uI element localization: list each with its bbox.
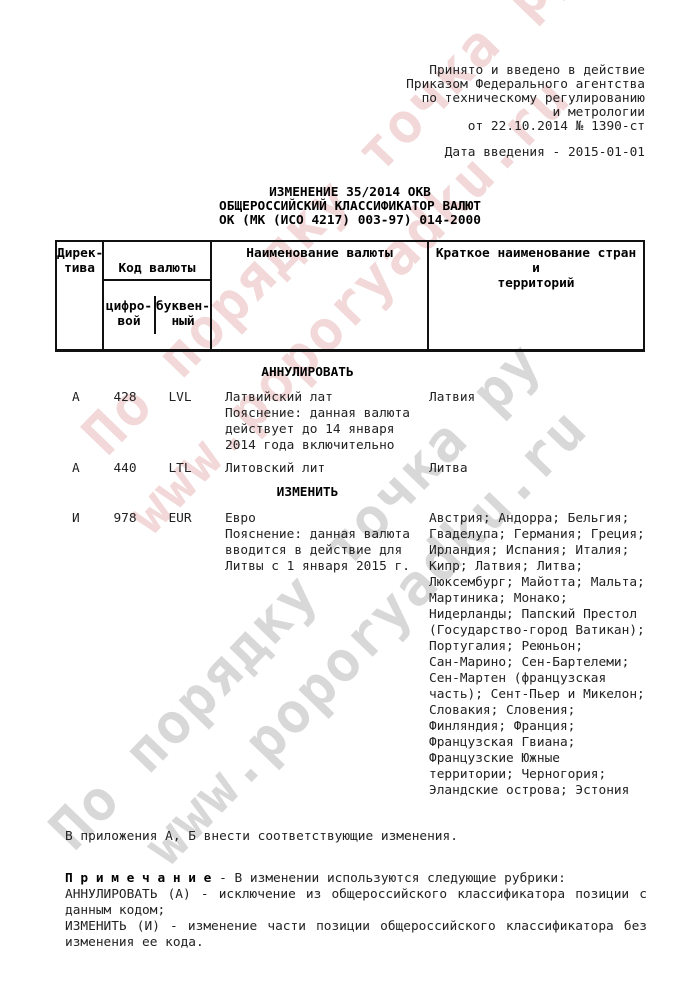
table-body: АННУЛИРОВАТЬ А 428 LVL Латвийский лат По… — [55, 365, 645, 799]
cell-currency-name: Литовский лит — [210, 461, 425, 477]
section-heading-change: ИЗМЕНИТЬ — [55, 485, 560, 501]
approval-line: от 22.10.2014 № 1390-ст — [55, 120, 645, 134]
header-code-letter: буквен- ный — [154, 296, 210, 334]
cell-countries: Австрия; Андорра; Бельгия; Гваделупа; Ге… — [425, 511, 645, 799]
header-code-digital: цифро- вой — [104, 296, 154, 334]
header-currency-name: Наименование валюты — [212, 242, 427, 349]
approval-line: Приказом Федерального агентства — [55, 78, 645, 92]
cell-countries: Латвия — [425, 390, 645, 454]
section-heading-annul: АННУЛИРОВАТЬ — [55, 365, 560, 381]
cell-directive: А — [55, 390, 100, 454]
title-line: ОБЩЕРОССИЙСКИЙ КЛАССИФИКАТОР ВАЛЮТ — [55, 200, 645, 214]
cell-directive: А — [55, 461, 100, 477]
header-currency-code: Код валюты цифро- вой буквен- ный — [102, 242, 212, 349]
title-line: ОК (МК (ИСО 4217) 003-97) 014-2000 — [55, 214, 645, 228]
cell-code-letter: LTL — [150, 461, 210, 477]
currency-table: Дирек- тива Код валюты цифро- вой буквен… — [55, 240, 645, 799]
header-code-subcolumns: цифро- вой буквен- ный — [104, 296, 210, 334]
cell-code-digital: 440 — [100, 461, 150, 477]
note-intro: - В изменении используются следующие руб… — [211, 871, 565, 886]
document-title: ИЗМЕНЕНИЕ 35/2014 ОКВ ОБЩЕРОССИЙСКИЙ КЛА… — [55, 186, 645, 228]
cell-countries: Литва — [425, 461, 645, 477]
cell-code-letter: LVL — [150, 390, 210, 454]
note-heading: П р и м е ч а н и е - В изменении исполь… — [65, 871, 645, 887]
approval-line: по техническому регулированию — [55, 92, 645, 106]
cell-currency-name: Латвийский лат Пояснение: данная валюта … — [210, 390, 425, 454]
note-label: П р и м е ч а н и е — [65, 871, 211, 886]
annex-note: В приложения А, Б внести соответствующие… — [65, 829, 645, 845]
document-page: Принято и введено в действие Приказом Фе… — [0, 0, 700, 951]
cell-currency-name: Евро Пояснение: данная валюта вводится в… — [210, 511, 425, 799]
table-row: И 978 EUR Евро Пояснение: данная валюта … — [55, 511, 645, 799]
table-header-row: Дирек- тива Код валюты цифро- вой буквен… — [55, 240, 645, 352]
header-code-group: Код валюты — [104, 257, 210, 281]
introduction-date: Дата введения - 2015-01-01 — [55, 146, 645, 160]
cell-directive: И — [55, 511, 100, 799]
approval-line: и метрологии — [55, 106, 645, 120]
table-row: А 440 LTL Литовский лит Литва — [55, 461, 645, 477]
note-item-annul: АННУЛИРОВАТЬ (А) - исключение из общерос… — [65, 887, 647, 919]
approval-block: Принято и введено в действие Приказом Фе… — [55, 64, 645, 134]
note-item-change: ИЗМЕНИТЬ (И) - изменение части позиции о… — [65, 919, 647, 951]
cell-code-digital: 428 — [100, 390, 150, 454]
cell-code-digital: 978 — [100, 511, 150, 799]
approval-line: Принято и введено в действие — [55, 64, 645, 78]
title-line: ИЗМЕНЕНИЕ 35/2014 ОКВ — [55, 186, 645, 200]
header-directive: Дирек- тива — [57, 242, 102, 349]
cell-code-letter: EUR — [150, 511, 210, 799]
header-countries: Краткое наименование стран и территорий — [427, 242, 643, 349]
table-row: А 428 LVL Латвийский лат Пояснение: данн… — [55, 390, 645, 454]
